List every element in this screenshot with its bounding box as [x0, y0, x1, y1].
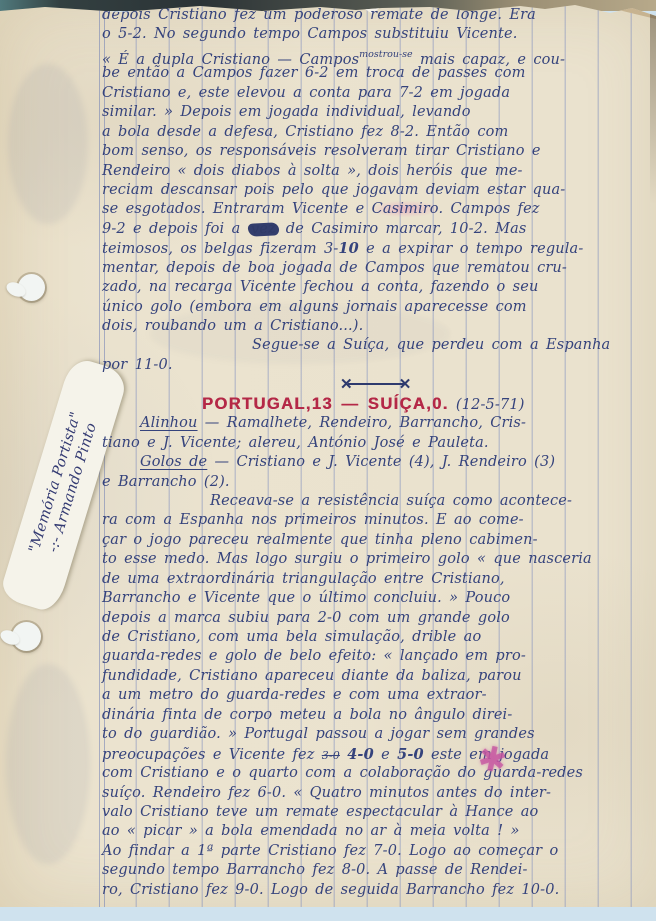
text-run: Receava-se a resistência suíça como acon…	[210, 493, 572, 509]
text-run: fundidade, Cristiano apareceu diante da …	[102, 668, 522, 684]
manuscript-line: valo Cristiano teve um remate espectacul…	[102, 803, 652, 822]
text-run: Rendeiro « dois diabos à solta », dois h…	[102, 163, 523, 179]
manuscript-line: suíço. Rendeiro fez 6-0. « Quatro minuto…	[102, 784, 652, 803]
manuscript-line: 9-2 e depois foi a vez de Casimiro marca…	[102, 220, 652, 239]
manuscript-line: Segue-se a Suíça, que perdeu com a Espan…	[102, 336, 652, 355]
manuscript-line: único golo (embora em alguns jornais apa…	[102, 298, 652, 317]
manuscript-line: ao « picar » a bola emendada no ar à mei…	[102, 822, 652, 841]
text-run: depois a marca subiu para 2-0 com um gra…	[102, 610, 510, 626]
notebook-paper: "Memória Portista" -:- Armando Pinto dep…	[0, 4, 656, 907]
text-run: 3-0	[322, 749, 340, 762]
text-run: Barrancho e Vicente que o último conclui…	[102, 590, 510, 606]
text-run: 10	[338, 240, 358, 257]
punch-hole	[18, 274, 45, 301]
manuscript-line: to esse medo. Mas logo surgiu o primeiro…	[102, 550, 652, 569]
manuscript-line: guarda-redes e golo de belo efeito: « la…	[102, 647, 652, 666]
manuscript-line: çar o jogo pareceu realmente que tinha p…	[102, 531, 652, 550]
text-run: — Ramalhete, Rendeiro, Barrancho, Cris-	[198, 415, 526, 431]
text-run: to esse medo. Mas logo surgiu o primeiro…	[102, 551, 592, 567]
manuscript-line: com Cristiano e o quarto com a colaboraç…	[102, 764, 652, 783]
section-separator: ✕✕	[102, 375, 652, 394]
text-run: de Casimiro marcar, 10-2. Mas	[279, 221, 527, 237]
match-heading: PORTUGAL,13 — SUÍÇA,0. (12-5-71)	[102, 395, 652, 414]
manuscript-line: bom senso, os responsáveis resolveram ti…	[102, 142, 652, 161]
manuscript-line: be então a Campos fazer 6-2 em troca de …	[102, 64, 652, 83]
scanned-manuscript-page: "Memória Portista" -:- Armando Pinto dep…	[0, 0, 656, 921]
text-run: de uma extraordinária triangulação entre…	[102, 571, 505, 587]
manuscript-line: « É a dupla Cristiano — Camposmostrou-se…	[102, 45, 652, 64]
manuscript-line: Alinhou — Ramalhete, Rendeiro, Barrancho…	[102, 414, 652, 433]
text-run: Ao findar a 1ª parte Cristiano fez 7-0. …	[102, 843, 558, 859]
text-run: a bola desde a defesa, Cristiano fez 8-2…	[102, 124, 508, 140]
text-run: suíço. Rendeiro fez 6-0. « Quatro minuto…	[102, 785, 551, 801]
text-run: teimosos, os belgas fizeram 3-	[102, 241, 338, 257]
ink-bleed-through	[8, 64, 88, 224]
text-run: Segue-se a Suíça, que perdeu com a Espan…	[252, 337, 610, 353]
text-run: por 11-0.	[102, 357, 173, 373]
text-run: — Cristiano e J. Vicente (4), J. Rendeir…	[207, 454, 555, 470]
text-run: se esgotados. Entraram Vicente e	[102, 201, 372, 217]
manuscript-line: por 11-0.	[102, 356, 652, 375]
text-run: dinária finta de corpo meteu a bola no â…	[102, 707, 512, 723]
text-run: Casimiro	[372, 201, 439, 217]
ink-bleed-through	[6, 664, 90, 864]
text-run: com Cristiano e o quarto com a colaboraç…	[102, 765, 583, 781]
manuscript-line: dinária finta de corpo meteu a bola no â…	[102, 706, 652, 725]
manuscript-line: Ao findar a 1ª parte Cristiano fez 7-0. …	[102, 842, 652, 861]
text-run: Cristiano e, este elevou a conta para 7-…	[102, 85, 510, 101]
manuscript-line: similar. » Depois em jogada individual, …	[102, 103, 652, 122]
text-run: único golo (embora em alguns jornais apa…	[102, 299, 527, 315]
text-run: Alinhou	[140, 415, 198, 431]
text-run: ao « picar » a bola emendada no ar à mei…	[102, 823, 519, 839]
manuscript-line: segundo tempo Barrancho fez 8-0. A passe…	[102, 861, 652, 880]
manuscript-line: a um metro do guarda-redes e com uma ext…	[102, 686, 652, 705]
text-run: guarda-redes e golo de belo efeito: « la…	[102, 648, 526, 664]
text-run: çar o jogo pareceu realmente que tinha p…	[102, 532, 538, 548]
manuscript-line: tiano e J. Vicente; alereu, António José…	[102, 434, 652, 453]
text-run: segundo tempo Barrancho fez 8-0. A passe…	[102, 862, 528, 878]
punch-hole	[12, 622, 41, 651]
manuscript-line: de uma extraordinária triangulação entre…	[102, 570, 652, 589]
match-title: PORTUGAL,13 — SUÍÇA,0.	[202, 395, 449, 413]
manuscript-line: fundidade, Cristiano apareceu diante da …	[102, 667, 652, 686]
text-run: ro, Cristiano fez 9-0. Logo de seguida B…	[102, 882, 559, 898]
text-run: 4-0	[347, 746, 374, 763]
manuscript-line: a bola desde a defesa, Cristiano fez 8-2…	[102, 123, 652, 142]
text-run: valo Cristiano teve um remate espectacul…	[102, 804, 538, 820]
manuscript-line: ro, Cristiano fez 9-0. Logo de seguida B…	[102, 881, 652, 900]
text-run: 5-0	[397, 746, 424, 763]
manuscript-line: mentar, depois de boa jogada de Campos q…	[102, 259, 652, 278]
text-run: bom senso, os responsáveis resolveram ti…	[102, 143, 541, 159]
manuscript-line: zado, na recarga Vicente fechou a conta,…	[102, 278, 652, 297]
text-run: dois, roubando um a Cristiano...).	[102, 318, 363, 334]
manuscript-line: preocupações e Vicente fez 3-0 4-0 e 5-0…	[102, 745, 652, 764]
text-run: 9-2 e depois foi a	[102, 221, 248, 237]
text-run: o 5-2. No segundo tempo Campos substitui…	[102, 26, 518, 42]
text-run: zado, na recarga Vicente fechou a conta,…	[102, 279, 538, 295]
manuscript-line: e Barrancho (2).	[102, 473, 652, 492]
text-run: Golos de	[140, 454, 207, 470]
text-run: e Barrancho (2).	[102, 474, 230, 490]
manuscript-line: depois a marca subiu para 2-0 com um gra…	[102, 609, 652, 628]
manuscript-line: Golos de — Cristiano e J. Vicente (4), J…	[102, 453, 652, 472]
text-run: to do guardião. » Portugal passou a joga…	[102, 726, 535, 742]
text-run: ra com a Espanha nos primeiros minutos. …	[102, 512, 524, 528]
manuscript-line: dois, roubando um a Cristiano...).	[102, 317, 652, 336]
text-run: reciam descansar pois pelo que jogavam d…	[102, 182, 565, 198]
manuscript-line: reciam descansar pois pelo que jogavam d…	[102, 181, 652, 200]
text-run: e a expirar o tempo regula-	[359, 241, 583, 257]
text-run: vez	[247, 222, 279, 237]
text-run: be então a Campos fazer 6-2 em troca de …	[102, 65, 526, 81]
manuscript-line: Barrancho e Vicente que o último conclui…	[102, 589, 652, 608]
text-run	[348, 383, 404, 385]
manuscript-line: ra com a Espanha nos primeiros minutos. …	[102, 511, 652, 530]
manuscript-line: Rendeiro « dois diabos à solta », dois h…	[102, 162, 652, 181]
text-run: ✕	[399, 375, 412, 393]
manuscript-line: o 5-2. No segundo tempo Campos substitui…	[102, 25, 652, 44]
manuscript-line: teimosos, os belgas fizeram 3-10 e a exp…	[102, 239, 652, 258]
text-run: tiano e J. Vicente; alereu, António José…	[102, 435, 489, 451]
text-run: e	[374, 747, 397, 763]
text-run: mentar, depois de boa jogada de Campos q…	[102, 260, 567, 276]
manuscript-line: to do guardião. » Portugal passou a joga…	[102, 725, 652, 744]
text-run: . Campos fez	[438, 201, 539, 217]
text-run: a um metro do guarda-redes e com uma ext…	[102, 687, 487, 703]
text-run: de Cristiano, com uma bela simulação, dr…	[102, 629, 481, 645]
manuscript-line: Cristiano e, este elevou a conta para 7-…	[102, 84, 652, 103]
match-date: (12-5-71)	[449, 397, 525, 413]
manuscript-text: depois Cristiano fez um poderoso remate …	[102, 6, 652, 900]
text-run: similar. » Depois em jogada individual, …	[102, 104, 471, 120]
manuscript-line: se esgotados. Entraram Vicente e Casimir…	[102, 200, 652, 219]
manuscript-line: de Cristiano, com uma bela simulação, dr…	[102, 628, 652, 647]
text-run: preocupações e Vicente fez	[102, 747, 322, 763]
manuscript-line: depois Cristiano fez um poderoso remate …	[102, 6, 652, 25]
manuscript-line: Receava-se a resistência suíça como acon…	[102, 492, 652, 511]
text-run: mostrou-se	[359, 49, 413, 60]
